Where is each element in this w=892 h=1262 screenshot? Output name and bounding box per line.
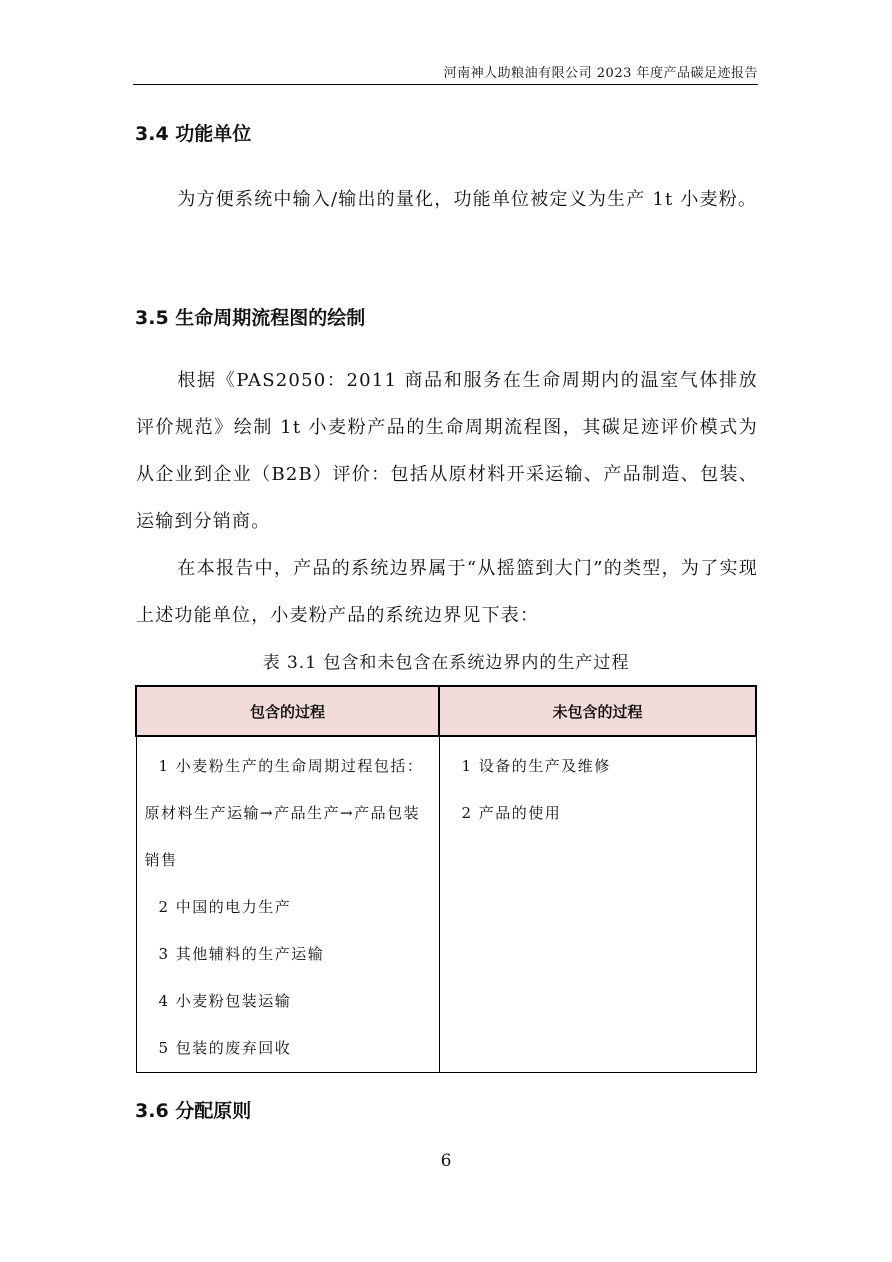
section-heading-3-4: 3.4 功能单位 <box>135 119 251 146</box>
section-heading-3-5: 3.5 生命周期流程图的绘制 <box>135 303 365 330</box>
section-heading-3-6: 3.6 分配原则 <box>135 1096 251 1123</box>
paragraph-system-boundary: 在本报告中，产品的系统边界属于“从摇篮到大门”的类型，为了实现上述功能单位，小麦… <box>136 545 758 639</box>
included-processes-cell: 1 小麦粉生产的生命周期过程包括：原材料生产运输→产品生产→产品包装销售 2 中… <box>136 736 439 1073</box>
included-item: 3 其他辅料的生产运输 <box>145 931 431 978</box>
system-boundary-table: 包含的过程 未包含的过程 1 小麦粉生产的生命周期过程包括：原材料生产运输→产品… <box>135 685 757 1073</box>
running-header: 河南神人助粮油有限公司 2023 年度产品碳足迹报告 <box>133 62 758 85</box>
table-caption: 表 3.1 包含和未包含在系统边界内的生产过程 <box>0 648 892 673</box>
excluded-processes-cell: 1 设备的生产及维修 2 产品的使用 <box>439 736 756 1073</box>
included-item: 4 小麦粉包装运输 <box>145 978 431 1025</box>
page-number: 6 <box>0 1151 892 1171</box>
included-item: 2 中国的电力生产 <box>145 884 431 931</box>
included-item: 1 小麦粉生产的生命周期过程包括：原材料生产运输→产品生产→产品包装销售 <box>145 743 431 884</box>
included-item: 5 包装的废弃回收 <box>145 1025 431 1072</box>
paragraph-lifecycle-flow: 根据《PAS2050：2011 商品和服务在生命周期内的温室气体排放评价规范》绘… <box>136 357 758 545</box>
table-header-excluded: 未包含的过程 <box>439 686 756 736</box>
paragraph-functional-unit: 为方便系统中输入/输出的量化，功能单位被定义为生产 1t 小麦粉。 <box>136 176 758 223</box>
excluded-item: 2 产品的使用 <box>448 790 748 837</box>
table-header-included: 包含的过程 <box>136 686 439 736</box>
excluded-item: 1 设备的生产及维修 <box>448 743 748 790</box>
